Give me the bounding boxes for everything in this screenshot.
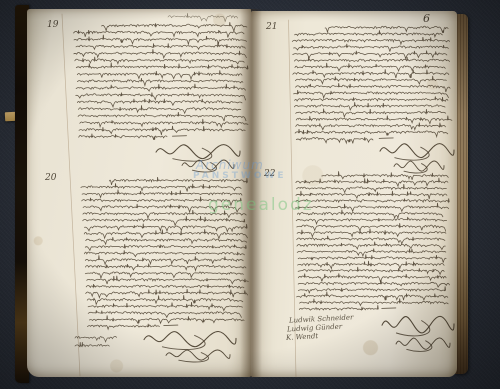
entry-number-21: 21 (266, 22, 277, 32)
entry-number-20: 20 (45, 173, 56, 183)
photo-background: 19 20 21 22 6 Ludwik Schneider Ludwig Gü… (0, 0, 500, 389)
witness-signature-3: K. Wendt (286, 332, 319, 342)
right-page (251, 11, 457, 377)
entry-number-19: 19 (47, 20, 58, 30)
left-page (27, 9, 251, 377)
page-number: 6 (423, 12, 430, 25)
entry-number-22: 22 (264, 169, 275, 179)
